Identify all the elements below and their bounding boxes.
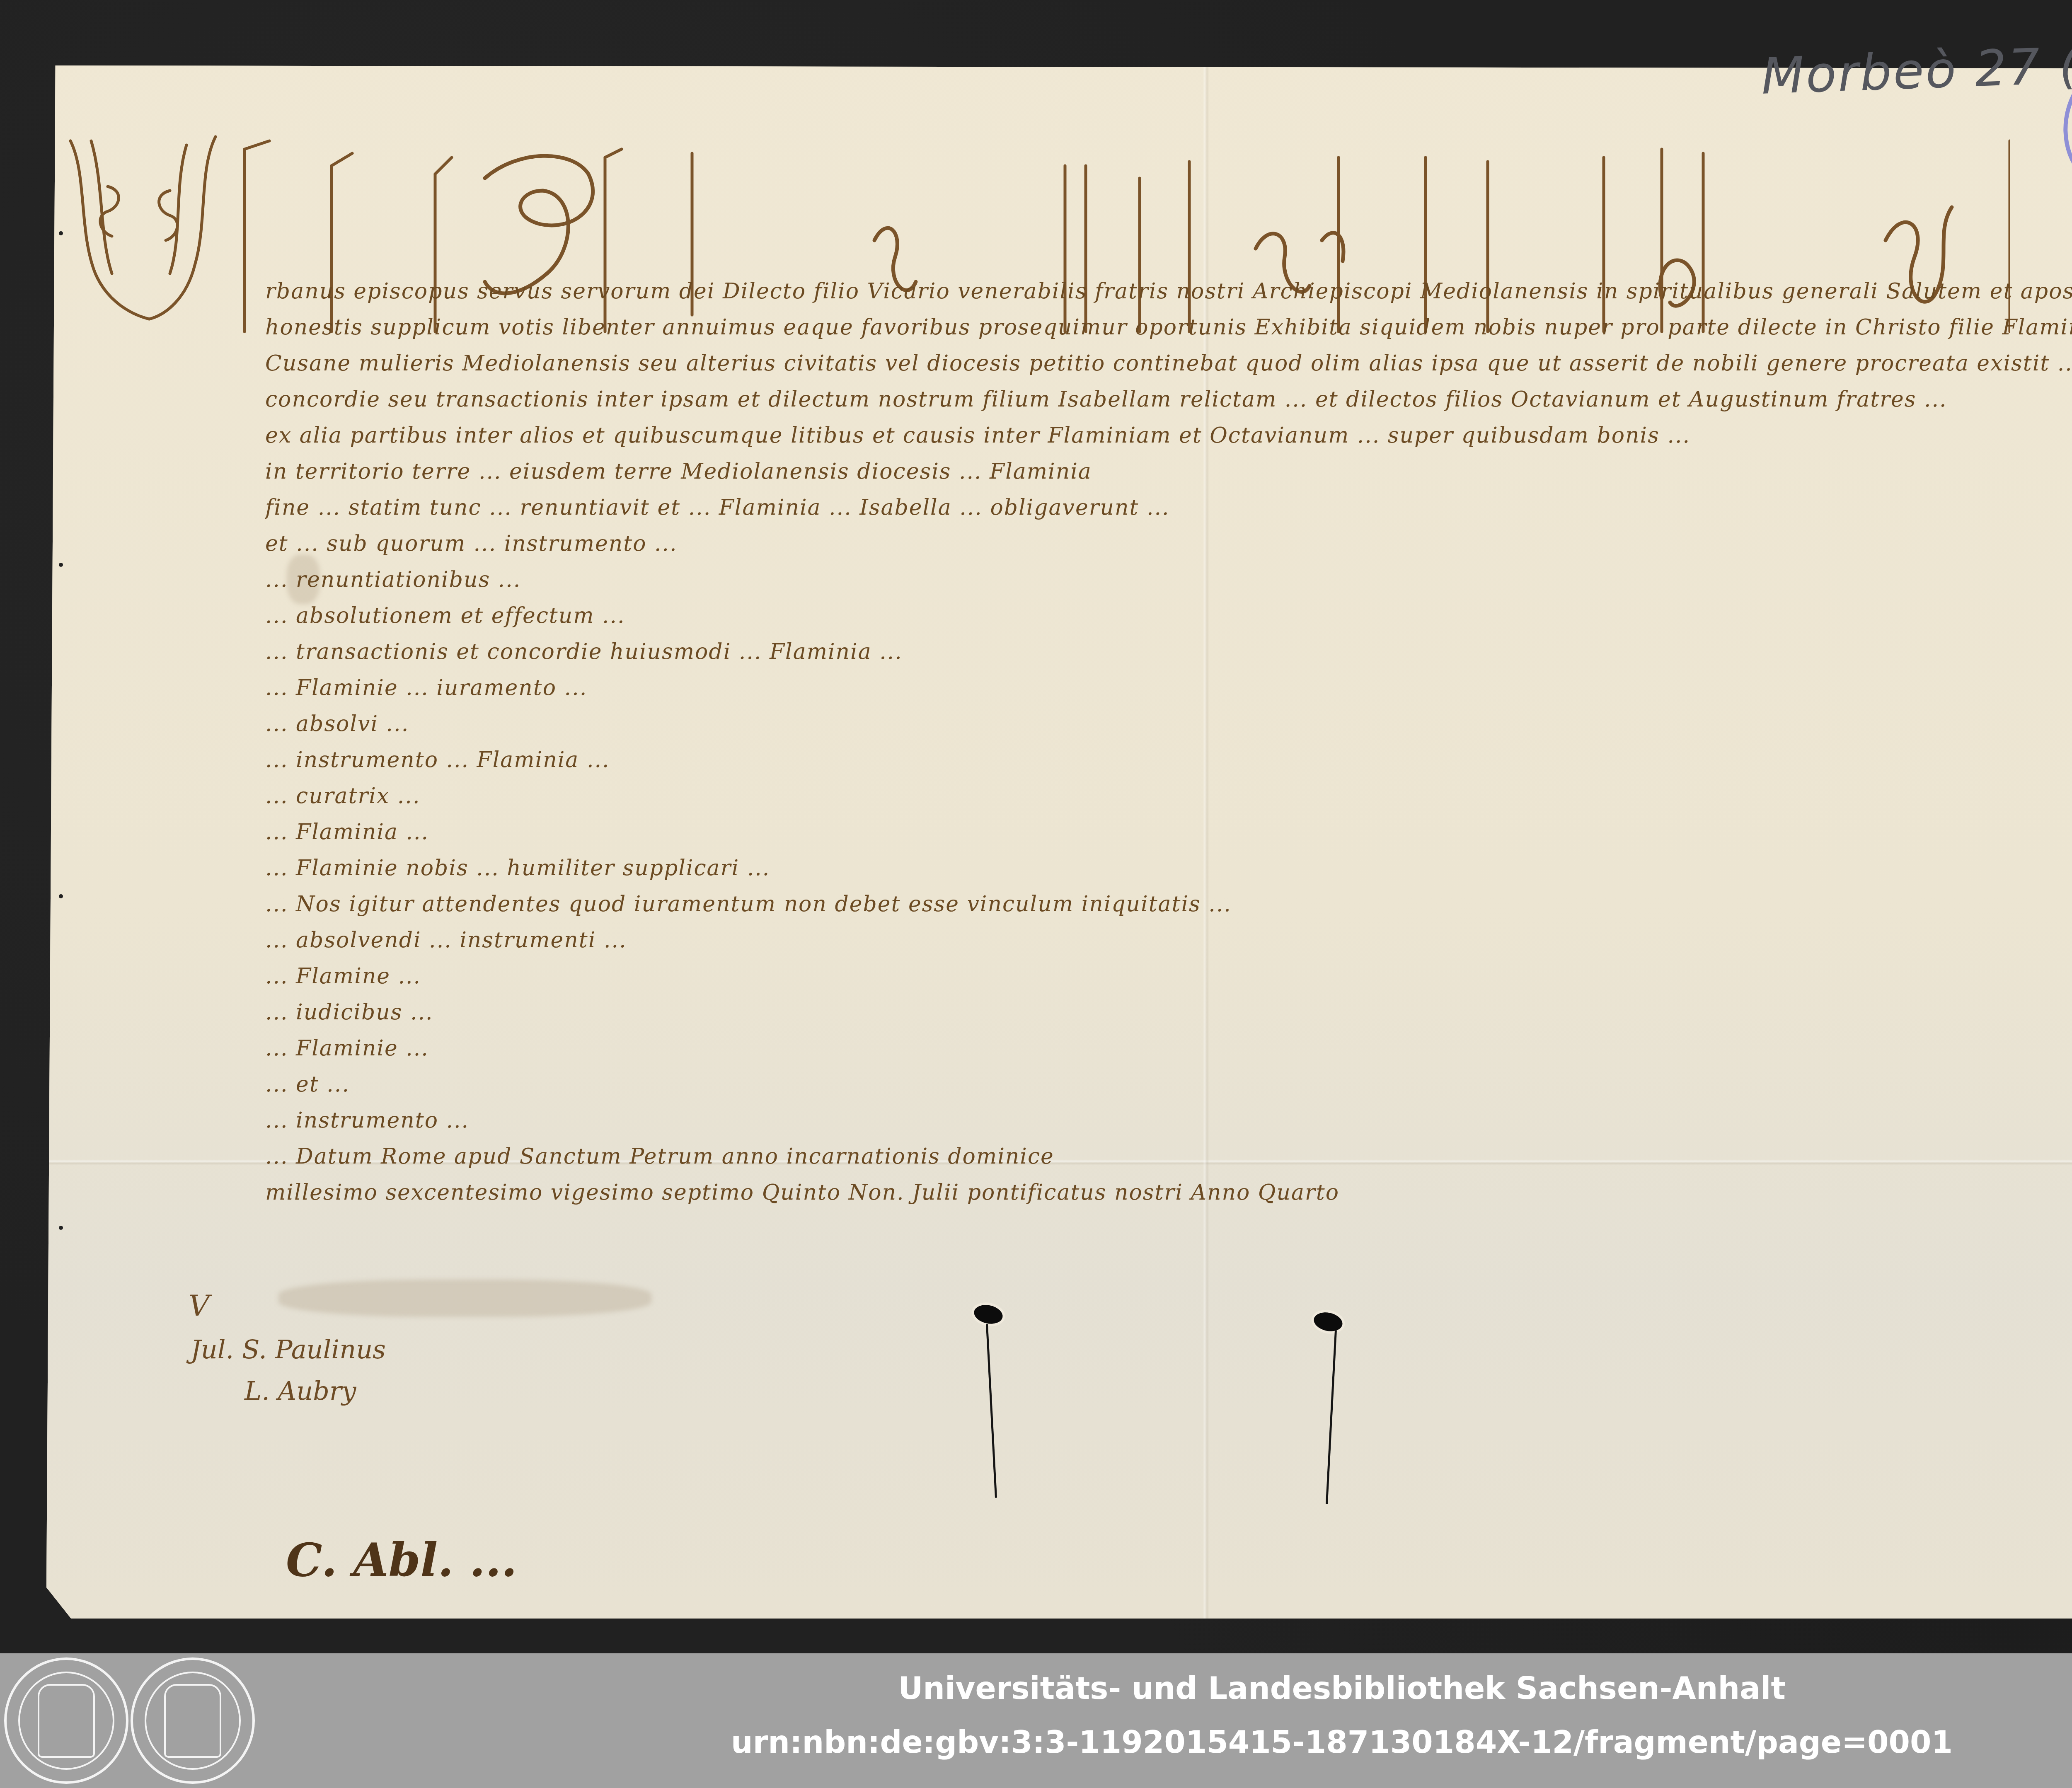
text-line: Cusane mulieris Mediolanensis seu alteri… [265, 346, 2072, 382]
pinhole [59, 563, 63, 567]
text-line: honestis supplicum votis libenter annuim… [265, 310, 2072, 346]
pinhole [59, 1226, 63, 1230]
subscription-left-1: Jul. S. Paulinus [191, 1334, 386, 1365]
text-line: in territorio terre ... eiusdem terre Me… [265, 454, 2072, 490]
urn-link[interactable]: urn:nbn:de:gbv:3:3-1192015415-187130184X… [0, 1725, 2072, 1760]
text-line: concordie seu transactionis inter ipsam … [265, 382, 2072, 418]
text-line: ... absolvi ... [265, 706, 2072, 742]
text-line: ... iudicibus ... [265, 994, 2072, 1031]
text-line: ... Flaminie ... [265, 1031, 2072, 1067]
stain [278, 1280, 651, 1317]
subscription-left-2: L. Aubry [244, 1376, 356, 1406]
text-line: ... curatrix ... [265, 778, 2072, 814]
text-line: ... Flaminia ... [265, 814, 2072, 850]
text-line: ... absolutionem et effectum ... [265, 598, 2072, 634]
text-line: ... Flaminie ... iuramento ... [265, 670, 2072, 706]
text-line: ... Flaminie nobis ... humiliter supplic… [265, 850, 2072, 886]
manuscript-text: rbanus episcopus servus servorum dei Dil… [265, 273, 2072, 1211]
text-line: ... Datum Rome apud Sanctum Petrum anno … [265, 1139, 2072, 1175]
text-line: ... absolvendi ... instrumenti ... [265, 922, 2072, 958]
text-line: fine ... statim tunc ... renuntiavit et … [265, 490, 2072, 526]
subscription-bottom: C. Abl. ... [286, 1533, 517, 1587]
subscription-v-mark: V [189, 1289, 210, 1323]
text-line: ... Flamine ... [265, 958, 2072, 994]
footer-bar: Universitäts- und Landesbibliothek Sachs… [0, 1653, 2072, 1788]
text-line: ... renuntiationibus ... [265, 562, 2072, 598]
text-line: ... Nos igitur attendentes quod iurament… [265, 886, 2072, 922]
text-line: rbanus episcopus servus servorum dei Dil… [265, 273, 2072, 310]
pinhole [59, 894, 63, 898]
text-line: ... instrumento ... [265, 1103, 2072, 1139]
text-line: et ... sub quorum ... instrumento ... [265, 526, 2072, 562]
institution-name: Universitäts- und Landesbibliothek Sachs… [0, 1671, 2072, 1706]
text-line: ex alia partibus inter alios et quibuscu… [265, 418, 2072, 454]
text-line: ... et ... [265, 1067, 2072, 1103]
text-line: ... transactionis et concordie huiusmodi… [265, 634, 2072, 670]
text-line: ... instrumento ... Flaminia ... [265, 742, 2072, 778]
text-line: millesimo sexcentesimo vigesimo septimo … [265, 1175, 2072, 1211]
